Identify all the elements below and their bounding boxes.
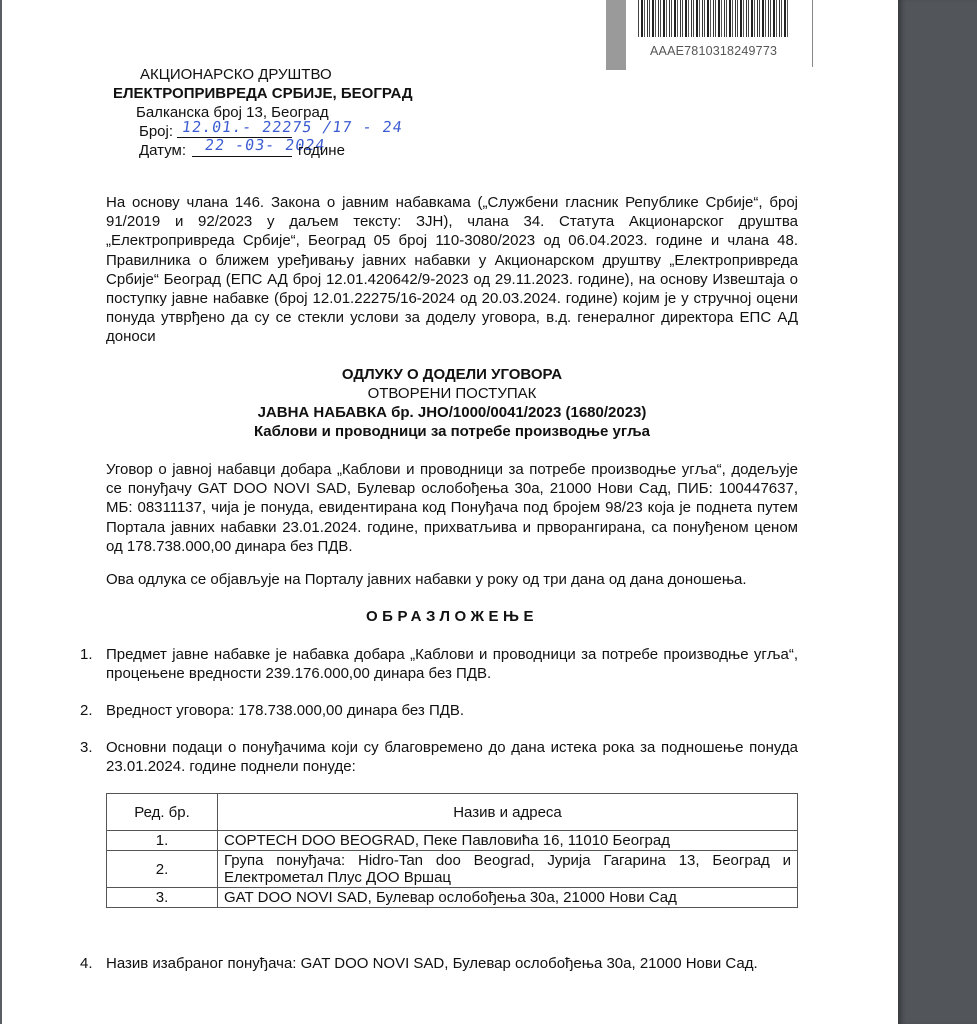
org-type: АКЦИОНАРСКО ДРУШТВО	[140, 65, 332, 84]
header-name-address: Назив и адреса	[218, 794, 798, 831]
item-number: 1.	[80, 645, 93, 664]
reasoning-title: ОБРАЗЛОЖЕЊЕ	[106, 607, 798, 626]
decision-title: ОДЛУКУ О ДОДЕЛИ УГОВОРА	[106, 365, 798, 384]
reasoning-item-1: 1. Предмет јавне набавке је набавка доба…	[80, 645, 798, 683]
reasoning-item-4: 4. Назив изабраног понуђача: GAT DOO NOV…	[80, 954, 798, 973]
procedure-type: ОТВОРЕНИ ПОСТУПАК	[106, 384, 798, 403]
item-text: Назив изабраног понуђача: GAT DOO NOVI S…	[106, 954, 798, 973]
reasoning-item-3: 3. Основни подаци о понуђачима који су б…	[80, 738, 798, 776]
row-ordinal: 3.	[107, 888, 218, 908]
header-ordinal: Ред. бр.	[107, 794, 218, 831]
reasoning-item-2: 2. Вредност уговора: 178.738.000,00 дина…	[80, 701, 798, 720]
table-header-row: Ред. бр. Назив и адреса	[107, 794, 798, 831]
row-ordinal: 2.	[107, 851, 218, 888]
preamble-paragraph: На основу члана 146. Закона о јавним наб…	[106, 193, 798, 347]
org-name: ЕЛЕКТРОПРИВРЕДА СРБИЈЕ, БЕОГРАД	[113, 84, 413, 103]
item-number: 3.	[80, 738, 93, 757]
barcode-number: AAAE7810318249773	[650, 44, 777, 58]
item-text: Предмет јавне набавке је набавка добара …	[106, 645, 798, 683]
item-text: Основни подаци о понуђачима који су благ…	[106, 738, 798, 776]
row-ordinal: 1.	[107, 831, 218, 851]
barcode-icon	[638, 0, 788, 37]
viewer-background	[898, 0, 977, 1024]
row-name-address: GAT DOO NOVI SAD, Булевар ослобођења 30а…	[218, 888, 798, 908]
sticker-edge	[606, 0, 626, 70]
date-label: Датум:	[139, 141, 186, 160]
handwritten-number: 12.01.- 22275 /17 - 24	[181, 118, 404, 136]
item-number: 4.	[80, 954, 93, 973]
row-name-address: Група понуђача: Hidro-Tan doo Beograd, Ј…	[218, 851, 798, 888]
date-underline	[192, 156, 292, 157]
sticker-border	[812, 0, 813, 67]
date-suffix: године	[298, 141, 345, 160]
procurement-number: ЈАВНА НАБАВКА бр. ЈНО/1000/0041/2023 (16…	[106, 403, 798, 422]
procurement-subject: Каблови и проводници за потребе производ…	[106, 422, 798, 441]
number-label: Број:	[139, 122, 173, 141]
bidders-table: Ред. бр. Назив и адреса 1. COPTECH DOO B…	[106, 793, 798, 908]
publication-paragraph: Ова одлука се објављује на Порталу јавни…	[106, 570, 798, 589]
item-text: Вредност уговора: 178.738.000,00 динара …	[106, 701, 798, 720]
table-row: 3. GAT DOO NOVI SAD, Булевар ослобођења …	[107, 888, 798, 908]
document-page: AAAE7810318249773 АКЦИОНАРСКО ДРУШТВО ЕЛ…	[2, 0, 898, 1024]
table-row: 2. Група понуђача: Hidro-Tan doo Beograd…	[107, 851, 798, 888]
item-number: 2.	[80, 701, 93, 720]
table-row: 1. COPTECH DOO BEOGRAD, Пеке Павловића 1…	[107, 831, 798, 851]
row-name-address: COPTECH DOO BEOGRAD, Пеке Павловића 16, …	[218, 831, 798, 851]
award-paragraph: Уговор о јавној набавци добара „Каблови …	[106, 460, 798, 556]
